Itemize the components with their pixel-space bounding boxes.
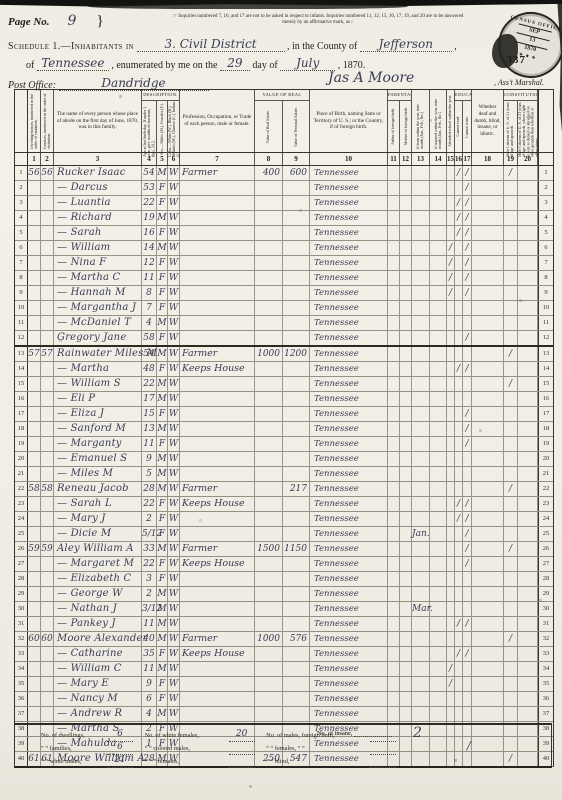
table-row: 27— Margaret M22FWKeeps HouseTennessee/2… [15,557,553,572]
line-number: 26 [15,542,28,556]
sex-value: M [157,316,167,330]
age-value: 8 [142,286,156,300]
line-number: 27 [15,557,28,571]
line-number: 3 [15,196,28,210]
birthplace-value: Tennessee [310,439,359,449]
line-number: 9 [15,286,28,300]
column-header-17: Cannot write. [463,101,472,152]
person-name: — Mary J [54,513,106,524]
cannot-write-tick: / [463,256,471,270]
male-citizen-tick: / [504,347,517,361]
line-number: 1 [15,166,28,180]
column-header-3: The name of every person whose place of … [54,90,142,152]
table-row: 12Gregory Jane58FWTennessee/12 [15,331,553,347]
age-value: 7 [142,301,156,315]
sex-value: M [157,482,167,496]
table-row: 35— Mary E9FWTennessee/35 [15,677,553,692]
cannot-write-tick: / [463,557,471,571]
group-label-constitutional: CONSTITUTIONAL RELATIONS. [504,90,537,101]
sex-value: M [157,422,167,436]
column-header-2: Families, numbered in the order of visit… [41,90,54,152]
age-value: 16 [142,226,156,240]
person-name: — Mary E [54,678,109,689]
line-number: 8 [15,271,28,285]
occupation-value: Farmer [180,633,217,644]
table-row: 15— William S22MWTennessee/15 [15,377,553,392]
color-value: W [168,542,179,556]
birthplace-value: Tennessee [310,709,359,719]
person-name: — Luantia [54,197,111,208]
table-row: 23— Sarah L22FWKeeps HouseTennessee//23 [15,497,553,512]
dwelling-number: 59 [28,542,40,556]
birthplace-value: Tennessee [310,288,359,298]
male-citizen-tick: / [504,542,517,556]
birthplace-value: Tennessee [310,454,359,464]
person-name: — Sanford M [54,423,126,434]
color-value: W [168,647,179,661]
occupation-value: Keeps House [180,498,245,509]
color-value: W [168,331,179,345]
person-name: — George W [54,588,123,599]
person-name: — Hannah M [54,287,126,298]
birthplace-value: Tennessee [310,589,359,599]
person-name: — Martha [54,363,109,374]
county-comma: , [454,41,457,52]
cannot-read-tick: / [455,617,462,631]
person-name: Aley William A [54,543,134,554]
attended-school-tick: / [447,271,454,285]
insane-value [354,736,392,737]
column-number-2: 2 [41,153,54,165]
marshal-title-label: , Ass't Marshal. [494,78,544,87]
personal-estate-value: 1200 [283,347,309,361]
dwelling-number: 60 [28,632,40,646]
age-value: 11 [142,662,156,676]
person-name: — Richard [54,212,112,223]
header-group-description: DESCRIPTION.Age at last birth-day. If un… [142,90,180,152]
line-number: 34 [15,662,28,676]
table-row: 30— Nathan J3/12MWTennesseeMar.30 [15,602,553,617]
line-number: 29 [15,587,28,601]
line-number: 21 [538,467,553,481]
age-value: 5/12 [142,527,156,541]
column-header-13: If born within the year, state month (Ja… [412,90,430,152]
line-number-gutter [538,90,553,152]
color-value: W [168,256,179,270]
birthplace-value: Tennessee [310,349,359,359]
line-number: 2 [15,181,28,195]
sex-value: F [157,286,167,300]
line-number: 37 [538,707,553,721]
male-citizen-tick: / [504,166,517,180]
cannot-write-tick: / [463,647,471,661]
birthplace-value: Tennessee [310,469,359,479]
column-header-20: Male Citizens of U. S. of 21 years of ag… [518,101,538,157]
blind-value [370,767,396,768]
person-name: — Margaret M [54,558,134,569]
column-number-12: 12 [400,153,412,165]
family-number: 58 [41,482,53,496]
age-value: 3 [142,572,156,586]
person-name: — Miles M [54,468,113,479]
color-value: W [168,467,179,481]
sex-value: F [157,692,167,706]
age-value: 48 [142,362,156,376]
line-number: 32 [15,632,28,646]
census-table: Dwelling-houses, numbered in the order o… [14,89,554,767]
age-value: 9 [142,452,156,466]
birthplace-value: Tennessee [310,574,359,584]
person-name: — Nina F [54,257,106,268]
person-name: — Nancy M [54,693,118,704]
attended-school-tick: / [447,286,454,300]
birthplace-value: Tennessee [310,529,359,539]
age-value: 54 [142,347,156,361]
sex-value: M [157,392,167,406]
birthplace-value: Tennessee [310,303,359,313]
person-name: — McDaniel T [54,317,131,328]
person-name: Reneau Jacob [54,483,129,494]
line-number: 32 [538,632,553,646]
of-label: of [26,60,34,71]
age-value: 11 [142,271,156,285]
line-number: 25 [538,527,553,541]
cannot-read-tick: / [455,497,462,511]
color-value: W [168,482,179,496]
cannot-write-tick: / [463,181,471,195]
family-number: 57 [41,347,53,361]
sex-value: F [157,647,167,661]
column-header-8: Value of Real Estate. [255,101,283,152]
schedule-line: Schedule 1.—Inhabitants in 3. Civil Dist… [8,37,554,52]
column-header-6: Color.—White (W.), Black (B.), Mulatto (… [168,101,180,157]
person-name: — Dicie M [54,528,111,539]
column-number-13: 13 [412,153,430,165]
age-value: 22 [142,196,156,210]
line-number: 11 [15,316,28,330]
line-number: 23 [15,497,28,511]
age-value: 12 [142,256,156,270]
line-number: 7 [15,256,28,270]
color-value: W [168,617,179,631]
day-value: 29 [227,56,242,70]
header-group-parentage: PARENTAGE.Father of foreign birth.Mother… [388,90,412,152]
line-number-gutter [15,90,28,152]
color-value: W [168,407,179,421]
occupation-value: Farmer [180,167,217,178]
line-number: 6 [15,241,28,255]
birthplace-value: Tennessee [310,679,359,689]
color-value: W [168,587,179,601]
age-value: 15 [142,407,156,421]
county-label: , in the County of [287,41,357,52]
table-row: 37— Andrew R4MWTennessee37 [15,707,553,722]
line-number: 35 [15,677,28,691]
line-number: 4 [538,211,553,225]
line-number: 30 [15,602,28,616]
sex-value: F [157,196,167,210]
family-number: 60 [41,632,53,646]
line-number: 26 [538,542,553,556]
person-name: Moore Alexander [54,633,148,644]
sex-value: F [157,181,167,195]
table-row: 6— William14MWTennessee//6 [15,241,553,256]
birthplace-value: Tennessee [310,213,359,223]
family-number: 59 [41,542,53,556]
age-value: 33 [142,542,156,556]
cannot-write-tick: / [463,527,471,541]
table-row: 326060Moore Alexander40MWFarmer1000576Te… [15,632,553,647]
group-label-value: VALUE OF REAL ESTATE OWNED. [255,90,309,101]
birthplace-value: Tennessee [310,484,359,494]
age-value: 2 [142,512,156,526]
line-number: 28 [15,572,28,586]
birthplace-value: Tennessee [310,409,359,419]
color-value: W [168,392,179,406]
column-number-10: 10 [310,153,388,165]
line-number: 22 [538,482,553,496]
line-number: 22 [15,482,28,496]
birthplace-value: Tennessee [310,273,359,283]
table-row: 18— Sanford M13MWTennessee/18 [15,422,553,437]
age-value: 4 [142,707,156,721]
white-males-value: 21 [107,754,133,768]
line-number: 18 [15,422,28,436]
line-number: 16 [15,392,28,406]
table-row: 21— Miles M5MWTennessee21 [15,467,553,482]
sex-value: M [157,241,167,255]
person-name: Gregory Jane [54,332,126,343]
column-header-9: Value of Personal Estate. [283,101,310,152]
line-number: 34 [538,662,553,676]
table-row: 4— Richard19MWTennessee//4 [15,211,553,226]
dwelling-number: 57 [28,347,40,361]
instructions-note: ☞ Inquiries numbered 7, 16, and 17 are n… [168,14,468,27]
sex-value: M [157,347,167,361]
color-value: W [168,662,179,676]
sex-value: F [157,226,167,240]
birthplace-value: Tennessee [310,619,359,629]
attended-school-tick: / [447,256,454,270]
color-value: W [168,707,179,721]
cannot-write-tick: / [463,542,471,556]
color-value: W [168,286,179,300]
table-row: 2— Darcus53FWTennessee/2 [15,181,553,196]
insane-line: No. of insane, [317,730,402,737]
colored-females-label: “ “ “ females, [145,755,229,768]
table-row: 28— Elizabeth C3FWTennessee28 [15,572,553,587]
table-row: 16— Eli P17MWTennessee16 [15,392,553,407]
birthplace-value: Tennessee [310,258,359,268]
scan-speckles [0,0,1,1]
color-value: W [168,692,179,706]
color-value: W [168,301,179,315]
table-row: 31— Pankey J11MWTennessee//31 [15,617,553,632]
occupation-value: Keeps House [180,363,245,374]
color-value: W [168,181,179,195]
line-number: 5 [538,226,553,240]
cannot-write-tick: / [463,166,471,180]
table-row: 34— William C11MWTennessee/34 [15,662,553,677]
age-value: 11 [142,437,156,451]
column-number-3: 3 [54,153,142,165]
month-value: July [296,56,319,70]
age-value: 17 [142,392,156,406]
age-value: 4 [142,316,156,330]
birthplace-value: Tennessee [310,499,359,509]
page-no-brace: } [96,13,103,29]
line-number: 37 [15,707,28,721]
color-value: W [168,196,179,210]
cannot-read-tick: / [455,647,462,661]
birthplace-value: Tennessee [310,604,359,614]
day-of-label: day of [252,60,277,71]
column-header-10: Place of Birth, naming State or Territor… [310,90,388,152]
birthplace-value: Tennessee [310,394,359,404]
person-name: — William S [54,378,121,389]
age-value: 22 [142,377,156,391]
line-number: 36 [15,692,28,706]
age-value: 19 [142,211,156,225]
birthplace-value: Tennessee [310,544,359,554]
birthplace-value: Tennessee [310,634,359,644]
table-row: 7— Nina F12FWTennessee//7 [15,256,553,271]
color-value: W [168,226,179,240]
person-name: — Andrew R [54,708,122,719]
table-row: 15656Rucker Isaac54MWFarmer400600Tenness… [15,166,553,181]
person-name: — Margantha J [54,302,136,313]
age-value: 13 [142,422,156,436]
blind-label: “ “ blind, [266,755,370,768]
sex-value: M [157,587,167,601]
cannot-write-tick: / [463,286,471,300]
form-header: Page No. 9 } ☞ Inquiries numbered 7, 16,… [8,12,554,91]
sex-value: M [157,452,167,466]
birthplace-value: Tennessee [310,168,359,178]
color-value: W [168,632,179,646]
cannot-write-tick: / [463,271,471,285]
table-row: 10— Margantha J7FWTennessee10 [15,301,553,316]
male-citizen-tick: / [504,482,517,496]
occupation-value: Keeps House [180,648,245,659]
column-header-16: Cannot read. [455,101,463,152]
person-name: — William [54,242,110,253]
cannot-write-tick: / [463,407,471,421]
birth-month-value: Mar. [412,602,429,616]
color-value: W [168,422,179,436]
white-males-label: “ “ white males, [41,755,107,768]
line-number: 24 [15,512,28,526]
dwelling-number: 56 [28,166,40,180]
line-number: 31 [538,617,553,631]
cannot-write-tick: / [463,437,471,451]
page-no-label: Page No. [8,16,50,28]
line-number: 30 [538,602,553,616]
cannot-read-tick: / [455,226,462,240]
column-number-14: 14 [430,153,447,165]
line-number: 14 [538,362,553,376]
person-name: — Pankey J [54,618,116,629]
age-value: 6 [142,692,156,706]
birthplace-value: Tennessee [310,243,359,253]
line-number: 18 [538,422,553,436]
column-number-1: 1 [28,153,41,165]
line-number: 10 [538,301,553,315]
column-header-7: Profession, Occupation, or Trade of each… [180,90,255,152]
line-number: 35 [538,677,553,691]
age-value: 22 [142,557,156,571]
person-name: — Sarah L [54,498,112,509]
person-name: — Darcus [54,182,108,193]
line-number: 33 [15,647,28,661]
line-number: 9 [538,286,553,300]
personal-estate-value: 1150 [283,542,309,556]
insane-label: No. of insane, [317,730,352,737]
sex-value: F [157,437,167,451]
line-number: 28 [538,572,553,586]
line-number: 36 [538,692,553,706]
cannot-write-tick: / [463,241,471,255]
age-value: 40 [142,632,156,646]
person-name: — William C [54,663,122,674]
line-number: 12 [15,331,28,345]
enumerated-label: , enumerated by me on the [111,60,217,71]
column-header-19: Male Citizens of U. S. of 21 years of ag… [504,101,518,157]
line-number: 8 [538,271,553,285]
occupation-value: Farmer [180,483,217,494]
line-number: 14 [15,362,28,376]
post-office-value: Dandridge [101,76,165,90]
age-value: 11 [142,617,156,631]
district-value: 3. Civil District [164,37,256,51]
table-row: 14— Martha48FWKeeps HouseTennessee//14 [15,362,553,377]
header-group-constitutional: CONSTITUTIONAL RELATIONS.Male Citizens o… [504,90,538,152]
cannot-read-tick: / [455,196,462,210]
person-name: — Martha C [54,272,120,283]
marshal-signature: Jas A Moore [328,70,414,86]
birthplace-value: Tennessee [310,514,359,524]
page-no-value: 9 [68,13,77,29]
line-number: 4 [15,211,28,225]
line-number: 15 [538,377,553,391]
line-number: 12 [538,331,553,345]
column-header-4: Age at last birth-day. If under 1 year, … [142,101,157,157]
sex-value: M [157,542,167,556]
color-value: W [168,241,179,255]
table-row: 29— George W2MWTennessee29 [15,587,553,602]
sex-value: M [157,166,167,180]
color-value: W [168,677,179,691]
line-number: 20 [538,452,553,466]
person-name: — Marganty [54,438,122,449]
line-number: 10 [15,301,28,315]
scan-artifact-top-streak-2 [88,4,408,9]
color-value: W [168,166,179,180]
age-value: 28 [142,482,156,496]
cannot-write-tick: / [463,226,471,240]
sex-value: M [157,377,167,391]
dwelling-number: 58 [28,482,40,496]
sex-value: M [157,617,167,631]
census-scan-page: Page No. 9 } ☞ Inquiries numbered 7, 16,… [0,0,562,800]
white-females-value: 20 [229,728,255,742]
color-value: W [168,271,179,285]
age-value: 58 [142,331,156,345]
summary-row: “ “ white males,21 “ “ “ females, “ “ bl… [41,754,406,767]
colored-females-value [229,767,255,768]
sex-value: M [157,632,167,646]
birthplace-value: Tennessee [310,379,359,389]
